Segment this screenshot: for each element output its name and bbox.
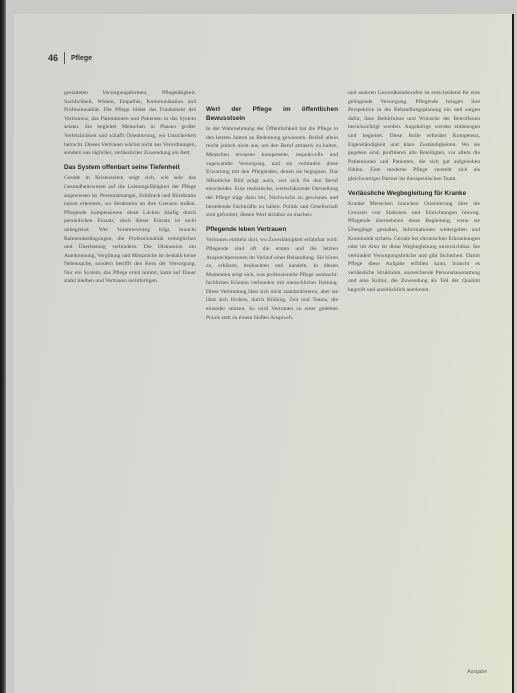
section-heading: Verlässliche Wegbegleitung für Kranke [348, 190, 480, 199]
body-paragraph: Gerade in Krisenzeiten zeigt sich, wie s… [64, 174, 196, 286]
text-column-2: Wert der Pflege im öffentlichen Bewussts… [206, 100, 338, 322]
body-paragraph: Vertrauen entsteht dort, wo Zuverlässigk… [206, 236, 338, 322]
section-heading: Das System offenbart seine Tiefenheit [64, 164, 196, 173]
page-number: 46 [48, 53, 58, 63]
body-paragraph: Kranke Menschen brauchen Orientierung üb… [348, 200, 480, 295]
page-footer: Ausgabe [467, 669, 487, 675]
section-label: Pflege [71, 55, 92, 62]
body-paragraph: und anderen Gesundheitsberufen ist entsc… [348, 89, 480, 184]
header-divider [64, 52, 65, 64]
text-column-1: gestalteten Versorgungsformen, Pflegetät… [64, 89, 196, 286]
body-paragraph: gestalteten Versorgungsformen, Pflegetät… [64, 89, 196, 158]
book-spine [0, 0, 6, 693]
page-header: 46 Pflege [48, 52, 92, 64]
body-paragraph: In der Wahrnehmung der Öffentlichkeit ha… [206, 125, 338, 220]
text-column-3: und anderen Gesundheitsberufen ist entsc… [348, 89, 480, 295]
section-heading: Pflegende leben Vertrauen [206, 226, 338, 235]
section-heading: Wert der Pflege im öffentlichen Bewussts… [206, 106, 338, 123]
